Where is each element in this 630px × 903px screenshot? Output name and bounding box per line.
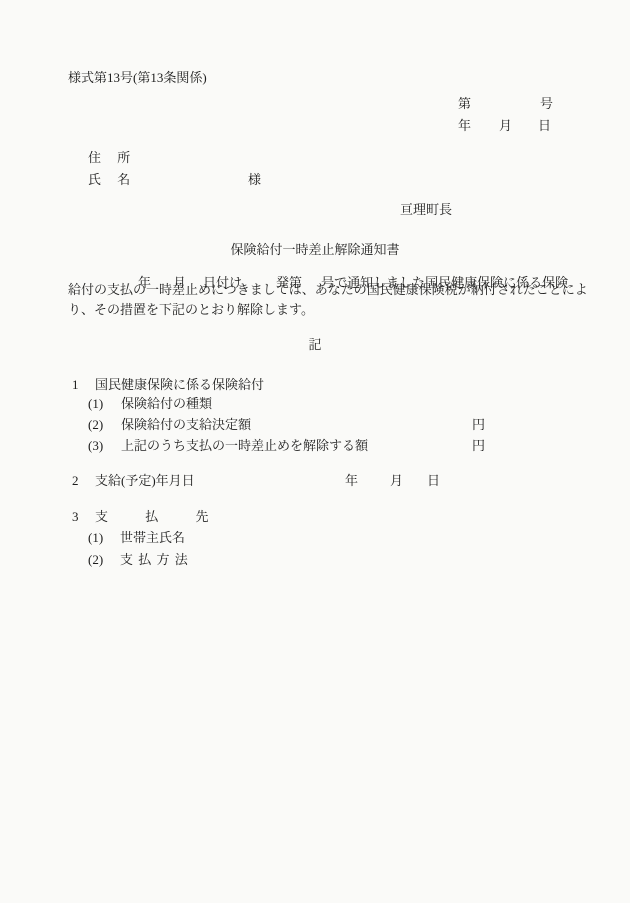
item2-number: 2 xyxy=(72,474,79,487)
item3-sub1-number: (1) xyxy=(88,531,103,544)
item1-sub2-label: 保険給付の支給決定額 xyxy=(121,418,251,431)
issue-date-day-label: 日 xyxy=(538,119,551,132)
issue-date-year-label: 年 xyxy=(458,119,471,132)
item1-sub2-number: (2) xyxy=(88,418,103,431)
item1-sub3-unit-yen: 円 xyxy=(472,439,485,452)
item3-sub2-number: (2) xyxy=(88,553,103,566)
item1-label: 国民健康保険に係る保険給付 xyxy=(95,378,264,391)
item2-date-year-label: 年 xyxy=(345,474,358,487)
recipient-honorific: 様 xyxy=(248,173,261,186)
item2-date-day-label: 日 xyxy=(427,474,440,487)
issuer-title: 亘理町長 xyxy=(400,203,452,216)
item3-label: 支 払 先 xyxy=(95,510,209,523)
doc-number-suffix: 号 xyxy=(540,97,553,110)
recipient-name-label: 氏 名 xyxy=(88,173,130,186)
item1-number: 1 xyxy=(72,378,79,391)
item1-sub2-unit-yen: 円 xyxy=(472,418,485,431)
record-marker: 記 xyxy=(0,338,630,351)
item1-sub1-label: 保険給付の種類 xyxy=(121,397,212,410)
form-number: 様式第13号(第13条関係) xyxy=(68,71,207,84)
recipient-address-label: 住 所 xyxy=(88,151,130,164)
document-page: 様式第13号(第13条関係) 第 号 年 月 日 住 所 氏 名 様 亘理町長 … xyxy=(0,0,630,903)
item2-label: 支給(予定)年月日 xyxy=(95,474,195,487)
notice-body-line2: 給付の支払の一時差止めにつきましては、あなたの国民健康保険税が納付されたことによ xyxy=(68,283,588,296)
item1-sub3-number: (3) xyxy=(88,439,103,452)
issue-date-month-label: 月 xyxy=(499,119,512,132)
doc-number-prefix: 第 xyxy=(458,97,471,110)
item3-number: 3 xyxy=(72,510,79,523)
item1-sub3-label: 上記のうち支払の一時差止めを解除する額 xyxy=(121,439,368,452)
item2-date-month-label: 月 xyxy=(390,474,403,487)
item3-sub2-label: 支 払 方 法 xyxy=(120,553,188,566)
document-title: 保険給付一時差止解除通知書 xyxy=(0,243,630,256)
item3-sub1-label: 世帯主氏名 xyxy=(120,531,185,544)
notice-body-line3: り、その措置を下記のとおり解除します。 xyxy=(68,303,314,316)
item1-sub1-number: (1) xyxy=(88,397,103,410)
